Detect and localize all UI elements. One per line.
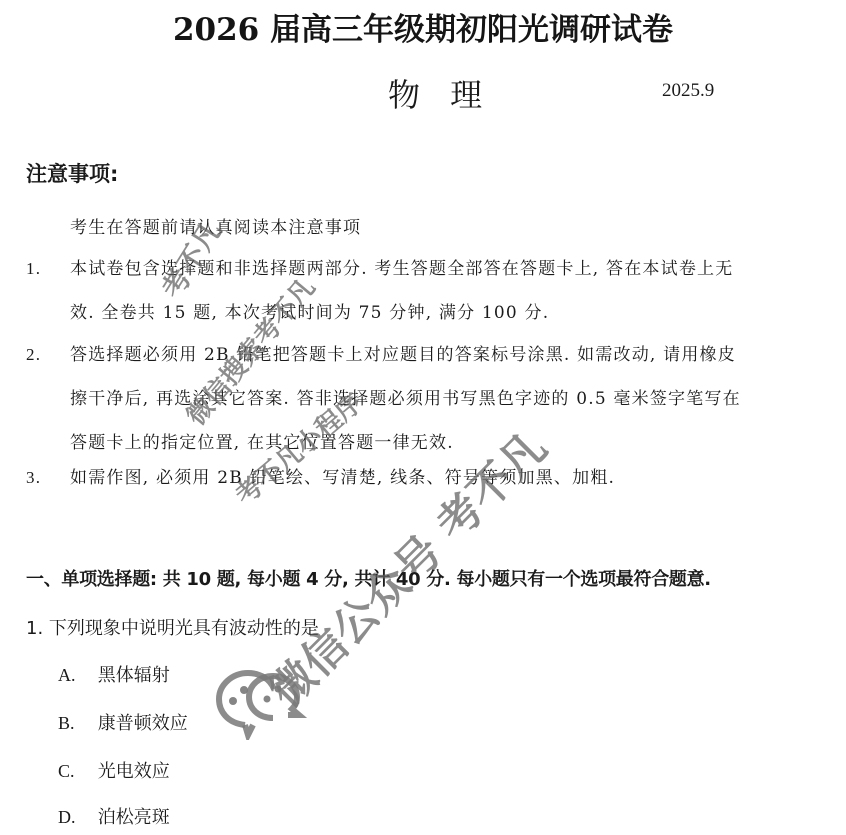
option-text: 光电效应 (98, 761, 170, 782)
notes-intro: 考生在答题前请认真阅读本注意事项 (70, 213, 361, 238)
subject-title: 物 理 (388, 70, 492, 116)
exam-page: 2026 届高三年级期初阳光调研试卷 物 理 2025.9 注意事项: 考生在答… (0, 0, 846, 835)
wechat-logo-icon (215, 655, 310, 740)
note-number: 3. (26, 456, 66, 500)
notes-heading: 注意事项: (26, 158, 118, 188)
question-stem: 1. 下列现象中说明光具有波动性的是 (26, 614, 319, 640)
exam-date: 2025.9 (662, 80, 714, 102)
note-line: 答选择题必须用 2B 铅笔把答题卡上对应题目的答案标号涂黑. 如需改动, 请用橡… (70, 333, 846, 377)
note-line: 效. 全卷共 15 题, 本次考试时间为 75 分钟, 满分 100 分. (70, 291, 846, 335)
note-line: 如需作图, 必须用 2B 铅笔绘、写清楚, 线条、符号等须加黑、加粗. (70, 456, 846, 500)
option-a: A. 黑体辐射 (58, 661, 170, 687)
section-heading: 一、单项选择题: 共 10 题, 每小题 4 分, 共计 40 分. 每小题只有… (26, 565, 711, 591)
option-text: 黑体辐射 (98, 665, 170, 686)
option-text: 康普顿效应 (98, 713, 188, 734)
option-text: 泊松亮斑 (98, 807, 170, 828)
option-letter: A. (58, 665, 92, 686)
note-number: 2. (26, 333, 66, 377)
note-line: 本试卷包含选择题和非选择题两部分. 考生答题全部答在答题卡上, 答在本试卷上无 (70, 247, 846, 291)
note-line: 擦干净后, 再选涂其它答案. 答非选择题必须用书写黑色字迹的 0.5 毫米签字笔… (70, 377, 846, 421)
exam-title: 2026 届高三年级期初阳光调研试卷 (0, 4, 846, 49)
option-b: B. 康普顿效应 (58, 709, 188, 735)
note-number: 1. (26, 247, 66, 291)
option-c: C. 光电效应 (58, 757, 170, 783)
option-letter: B. (58, 713, 92, 734)
option-d: D. 泊松亮斑 (58, 803, 170, 829)
option-letter: C. (58, 761, 92, 782)
option-letter: D. (58, 807, 92, 828)
